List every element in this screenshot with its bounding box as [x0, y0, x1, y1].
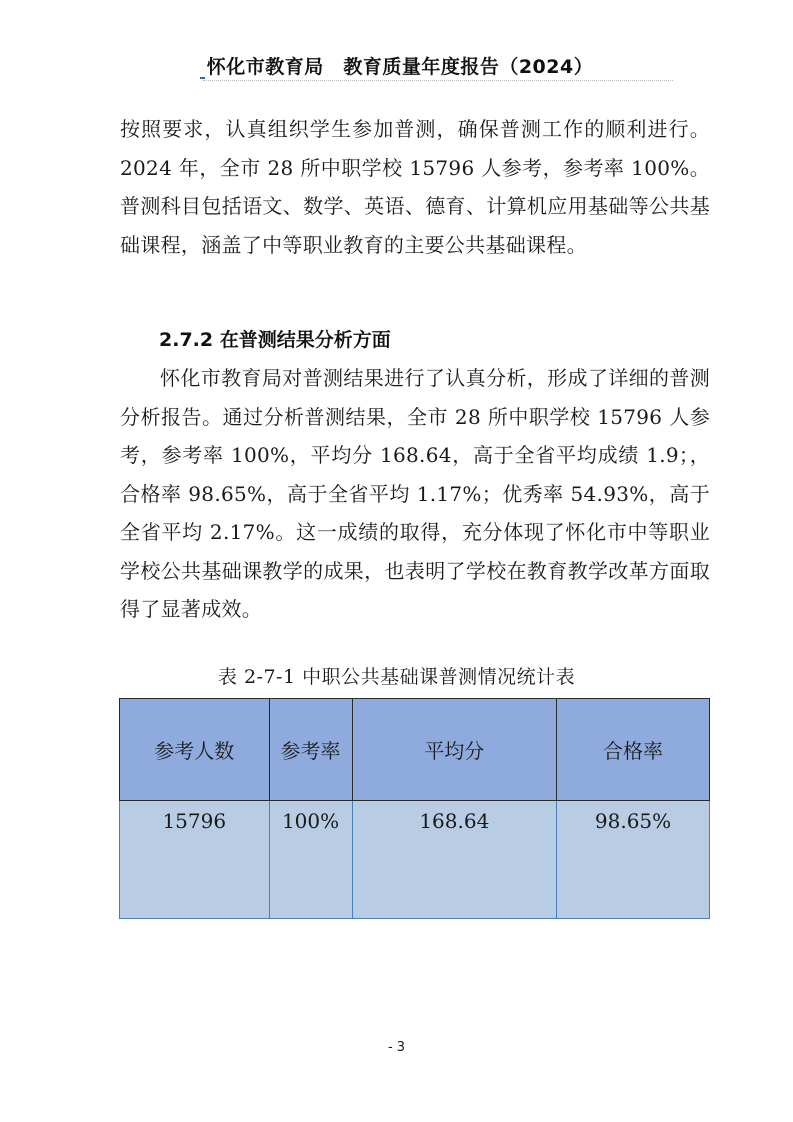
header-marker [200, 77, 205, 79]
body-paragraph-2: 怀化市教育局对普测结果进行了认真分析，形成了详细的普测分析报告。通过分析普测结果… [120, 359, 710, 629]
header-average-score: 平均分 [352, 699, 557, 801]
header-pass-rate: 合格率 [557, 699, 710, 801]
header-divider [203, 80, 673, 81]
page-header: 怀化市教育局 教育质量年度报告（2024） [0, 52, 793, 79]
stats-table: 参考人数 参考率 平均分 合格率 15796 100% 168.64 98.65… [119, 698, 710, 919]
cell-participants: 15796 [120, 801, 270, 919]
body-paragraph-1: 按照要求，认真组织学生参加普测，确保普测工作的顺利进行。2024 年，全市 28… [120, 110, 710, 264]
table-header-row: 参考人数 参考率 平均分 合格率 [120, 699, 710, 801]
cell-pass-rate: 98.65% [557, 801, 710, 919]
header-org: 怀化市教育局 [207, 56, 324, 78]
table-caption: 表 2-7-1 中职公共基础课普测情况统计表 [0, 662, 793, 689]
section-heading: 2.7.2 在普测结果分析方面 [159, 325, 391, 352]
page-number: - 3 [0, 1040, 793, 1055]
cell-average-score: 168.64 [352, 801, 557, 919]
header-report-title: 教育质量年度报告（2024） [343, 56, 593, 78]
table-row: 15796 100% 168.64 98.65% [120, 801, 710, 919]
header-participants: 参考人数 [120, 699, 270, 801]
cell-participation-rate: 100% [269, 801, 352, 919]
header-participation-rate: 参考率 [269, 699, 352, 801]
